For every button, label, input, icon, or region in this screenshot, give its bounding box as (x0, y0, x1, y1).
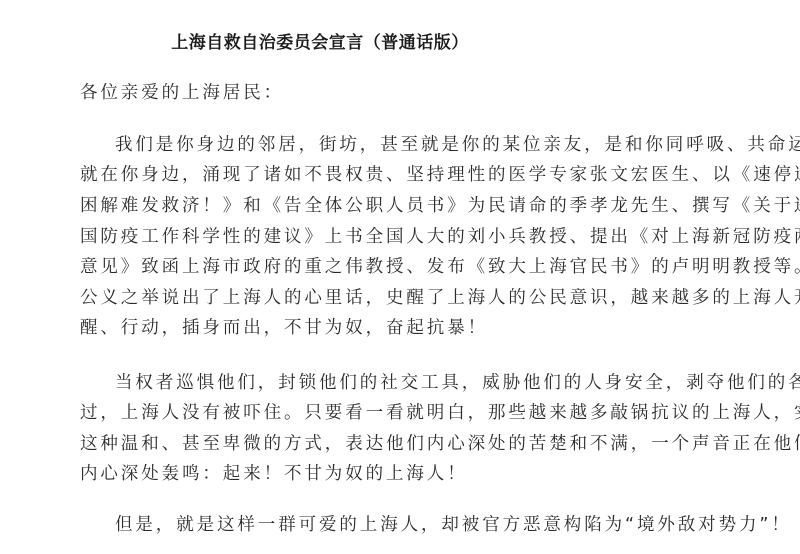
paragraph-line: 但是，就是这样一群可爱的上海人，却被官方恶意构陷为“境外敌对势力”！ (115, 514, 792, 536)
paragraph-line: 这种温和、甚至卑微的方式，表达他们内心深处的苦楚和不满，一个声音正在他们郁积已久… (80, 433, 800, 455)
paragraph-line: 当权者巡惧他们，封锁他们的社交工具，威胁他们的人身安全，剥夺他们的各项自由。不 (115, 372, 800, 394)
paragraph-line: 意见》致函上海市政府的重之伟教授、发布《致大上海官民书》的卢明明教授等。这些人士… (80, 256, 800, 278)
paragraph-line: 过，上海人没有被吓住。只要看一看就明白，那些越来越多敲锅抗议的上海人，实际上是在… (80, 402, 800, 424)
document-title: 上海自救自治委员会宣言（普通话版） (0, 28, 720, 53)
paragraph-line: 我们是你身边的邻居，街坊，甚至就是你的某位亲友，是和你同呼吸、共命运的一群人。 (115, 134, 800, 156)
paragraph-line: 国防疫工作科学性的建议》上书全国人大的刘小兵教授、提出《对上海新冠防疫两措施的法… (80, 226, 800, 248)
paragraph-line: 就在你身边，涌现了诸如不畏权贵、坚持理性的医学专家张文宏医生、以《速停运动式防疫… (80, 164, 800, 186)
paragraph-line: 醒、行动，插身而出，不甘为奴，奋起抗暴！ (80, 317, 488, 339)
paragraph-line: 公义之举说出了上海人的心里话，史醒了上海人的公民意识，越来越多的上海人开始反省、… (80, 287, 800, 309)
greeting: 各位亲爱的上海居民： (80, 82, 284, 104)
paragraph-line: 内心深处轰鸣：起来！不甘为奴的上海人！ (80, 463, 468, 485)
paragraph-line: 困解难发救济！》和《告全体公职人员书》为民请命的季孝龙先生、撰写《关于进一步提高… (80, 195, 800, 217)
